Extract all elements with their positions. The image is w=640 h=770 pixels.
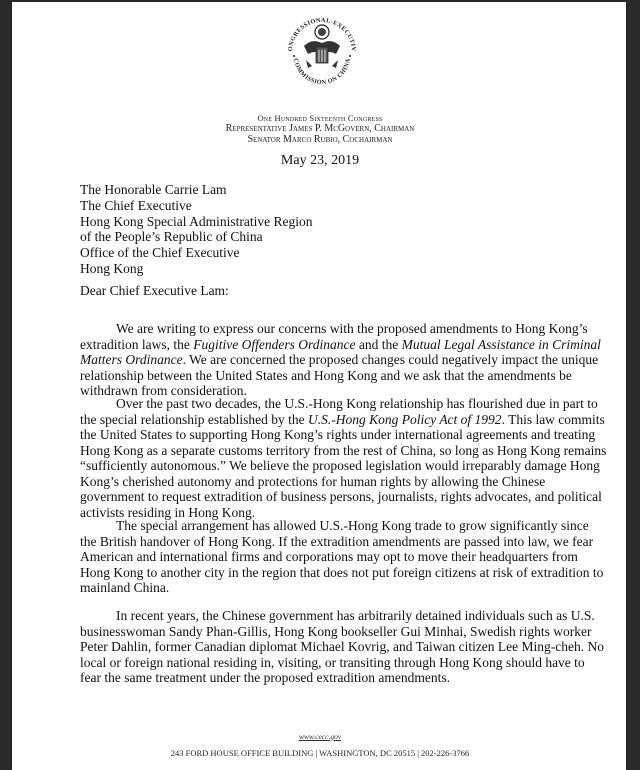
text-line: . We are concerned the proposed changes … — [183, 352, 599, 367]
act-title: U.S.-Hong Kong Policy Act of 1992 — [308, 412, 502, 427]
text-line: local or foreign national residing in, v… — [80, 655, 580, 671]
text-line: Hong Kong to another city in the region … — [80, 565, 580, 581]
text-line: Peter Dahlin, former Canadian diplomat M… — [80, 639, 580, 655]
recipient-line: The Honorable Carrie Lam — [80, 182, 312, 198]
text-line: The special arrangement has allowed U.S.… — [116, 518, 589, 533]
recipient-line: of the People’s Republic of China — [80, 229, 312, 245]
paragraph-4: In recent years, the Chinese government … — [80, 608, 580, 686]
paragraph-1: We are writing to express our concerns w… — [80, 321, 580, 399]
text-line: extradition laws, the — [80, 337, 193, 352]
ordinance-title: Matters Ordinance — [80, 352, 183, 367]
recipient-address: The Honorable Carrie Lam The Chief Execu… — [80, 182, 312, 277]
letter-date: May 23, 2019 — [0, 153, 640, 169]
text-line: . This law commits — [502, 412, 605, 427]
text-line: businesswoman Sandy Phan-Gillis, Hong Ko… — [80, 624, 580, 640]
ordinance-title: Fugitive Offenders Ordinance — [193, 337, 355, 352]
text-line: the British handover of Hong Kong. If th… — [80, 534, 580, 550]
footer-address: 243 FORD HOUSE OFFICE BUILDING | WASHING… — [0, 748, 640, 758]
text-line: relationship between the United States a… — [80, 368, 580, 384]
text-line: mainland China. — [80, 580, 580, 596]
text-line: Kong’s cherished autonomy and protection… — [80, 474, 580, 490]
chairman-line: Representative James P. McGovern, Chairm… — [0, 123, 640, 134]
recipient-line: The Chief Executive — [80, 198, 312, 214]
text-line: American and international firms and cor… — [80, 549, 580, 565]
salutation: Dear Chief Executive Lam: — [80, 283, 229, 299]
text-line: fear the same treatment under the propos… — [80, 670, 580, 686]
text-line: the United States to supporting Hong Kon… — [80, 427, 580, 443]
text-line: In recent years, the Chinese government … — [116, 608, 595, 623]
paragraph-2: Over the past two decades, the U.S.-Hong… — [80, 396, 580, 520]
recipient-line: Office of the Chief Executive — [80, 245, 312, 261]
ordinance-title: Mutual Legal Assistance in Criminal — [402, 337, 601, 352]
commission-seal-icon: CONGRESSIONAL-EXECUTIVE COMMISSION ON CH… — [282, 10, 362, 90]
text-line: government to request extradition of bus… — [80, 489, 580, 505]
text-line: Over the past two decades, the U.S.-Hong… — [116, 396, 598, 411]
paragraph-3: The special arrangement has allowed U.S.… — [80, 518, 580, 596]
recipient-line: Hong Kong — [80, 261, 312, 277]
text-line: We are writing to express our concerns w… — [116, 321, 588, 336]
text-line: “sufficiently autonomous.” We believe th… — [80, 458, 580, 474]
text-line: the special relationship established by … — [80, 412, 308, 427]
footer-website-link[interactable]: www.cecc.gov — [0, 732, 640, 741]
text-line: and the — [355, 337, 401, 352]
recipient-line: Hong Kong Special Administrative Region — [80, 214, 312, 230]
text-line: Hong Kong as a separate customs territor… — [80, 443, 580, 459]
congress-line: One Hundred Sixteenth Congress — [0, 113, 640, 123]
cochairman-line: Senator Marco Rubio, Cochairman — [0, 134, 640, 145]
